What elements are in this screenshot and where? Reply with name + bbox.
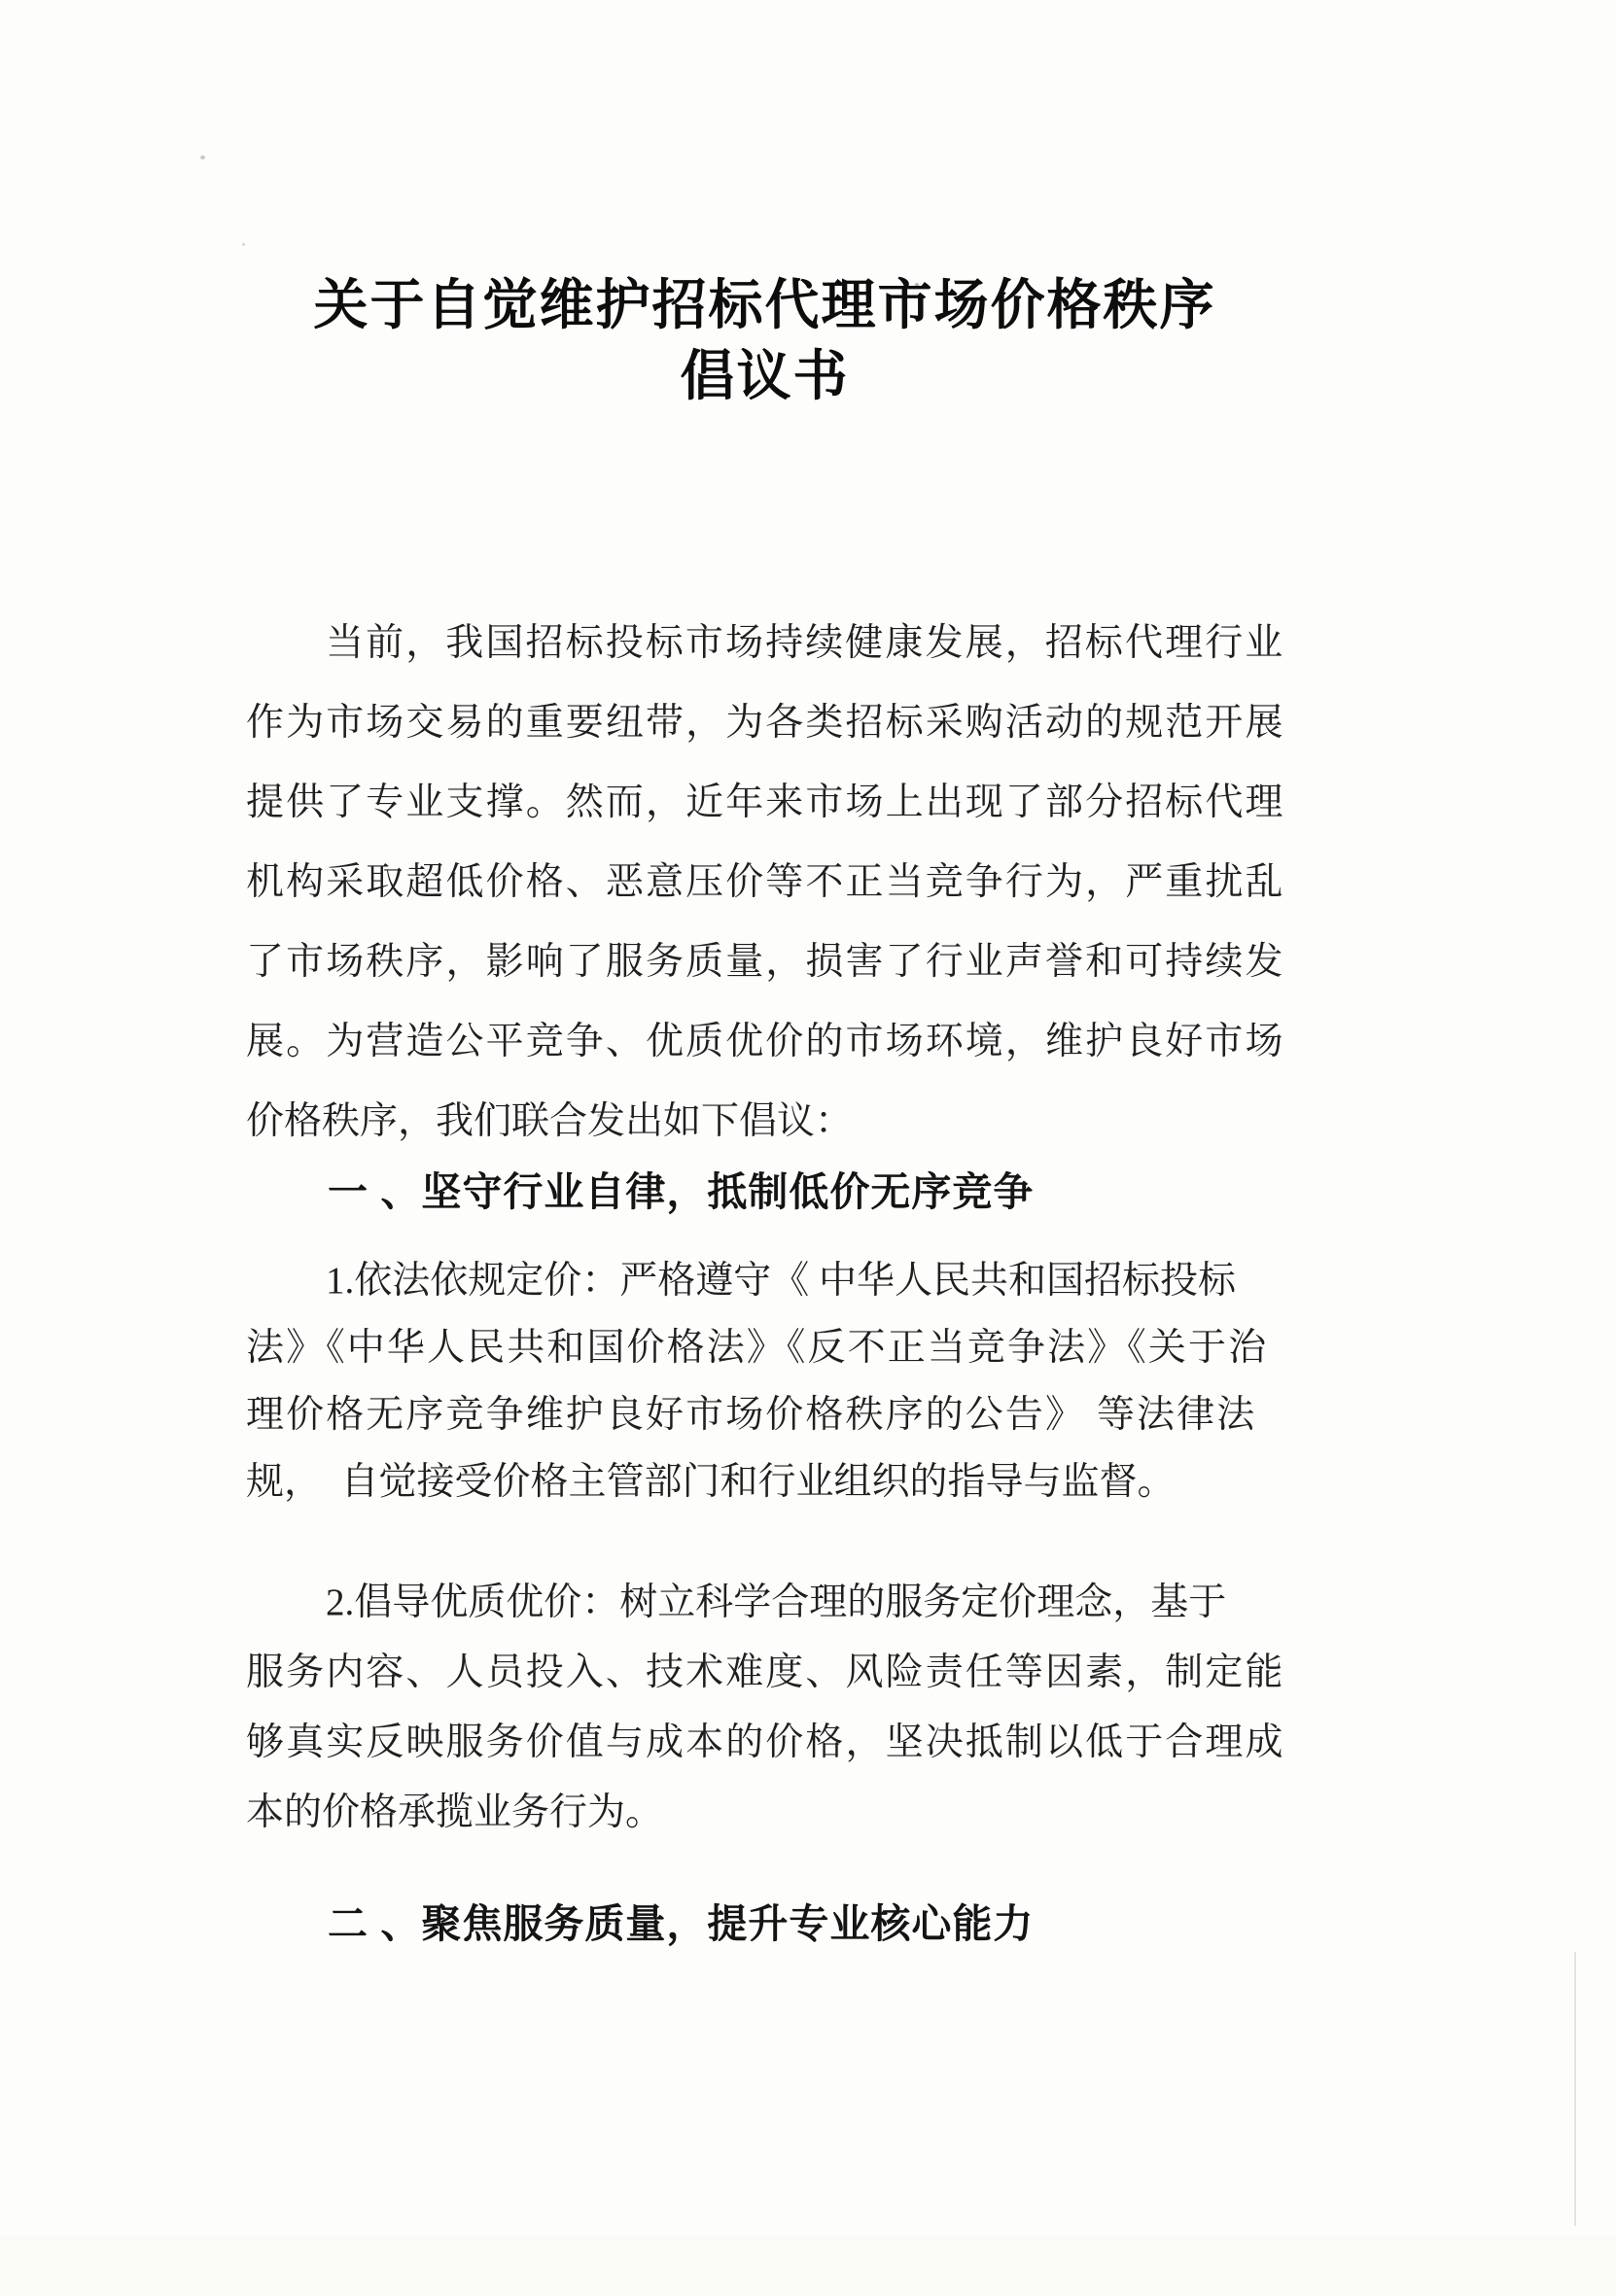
- paragraph-intro: 当前，我国招标投标市场持续健康发展，招标代理行业 作为市场交易的重要纽带，为各类…: [246, 604, 1283, 1162]
- body-line: 展。为营造公平竞争、优质优价的市场环境，维护良好市场: [246, 1002, 1283, 1082]
- body-line: 2.倡导优质优价：树立科学合理的服务定价理念，基于: [246, 1568, 1283, 1638]
- paragraph-item-2: 2.倡导优质优价：树立科学合理的服务定价理念，基于 服务内容、人员投入、技术难度…: [246, 1568, 1283, 1848]
- document-title: 关于自觉维护招标代理市场价格秩序 倡议书: [246, 269, 1283, 411]
- body-line: 价格秩序，我们联合发出如下倡议：: [246, 1082, 1283, 1162]
- body-line: 提供了专业支撑。然而，近年来市场上出现了部分招标代理: [246, 763, 1283, 843]
- scan-edge-artifact: [1574, 1952, 1576, 2226]
- scan-speck: [200, 156, 205, 159]
- scan-shade-artifact: [0, 2236, 1616, 2296]
- body-line: 机构采取超低价格、恶意压价等不正当竞争行为，严重扰乱: [246, 843, 1283, 922]
- body-line: 服务内容、人员投入、技术难度、风险责任等因素，制定能: [246, 1638, 1283, 1708]
- body-line: 法》《中华人民共和国价格法》《反不正当竞争法》《关于治: [246, 1314, 1283, 1381]
- body-line: 了市场秩序，影响了服务质量，损害了行业声誉和可持续发: [246, 922, 1283, 1002]
- document-title-line1: 关于自觉维护招标代理市场价格秩序: [246, 269, 1283, 340]
- body-line: 作为市场交易的重要纽带，为各类招标采购活动的规范开展: [246, 683, 1283, 763]
- section-heading-2: 二 、聚焦服务质量，提升专业核心能力: [246, 1901, 1283, 1946]
- body-line: 规， 自觉接受价格主管部门和行业组织的指导与监督。: [246, 1448, 1283, 1515]
- body-line: 1.依法依规定价：严格遵守《 中华人民共和国招标投标: [246, 1247, 1283, 1314]
- body-line: 本的价格承揽业务行为。: [246, 1778, 1283, 1848]
- body-line: 理价格无序竞争维护良好市场价格秩序的公告》 等法律法: [246, 1381, 1283, 1448]
- section-heading-1: 一 、坚守行业自律，抵制低价无序竞争: [246, 1169, 1283, 1214]
- body-line: 够真实反映服务价值与成本的价格，坚决抵制以低于合理成: [246, 1708, 1283, 1778]
- body-line: 当前，我国招标投标市场持续健康发展，招标代理行业: [246, 604, 1283, 683]
- scan-speck: [242, 243, 245, 246]
- paragraph-item-1: 1.依法依规定价：严格遵守《 中华人民共和国招标投标 法》《中华人民共和国价格法…: [246, 1247, 1283, 1515]
- document-page: 关于自觉维护招标代理市场价格秩序 倡议书 当前，我国招标投标市场持续健康发展，招…: [0, 0, 1616, 2296]
- document-title-line2: 倡议书: [246, 340, 1283, 411]
